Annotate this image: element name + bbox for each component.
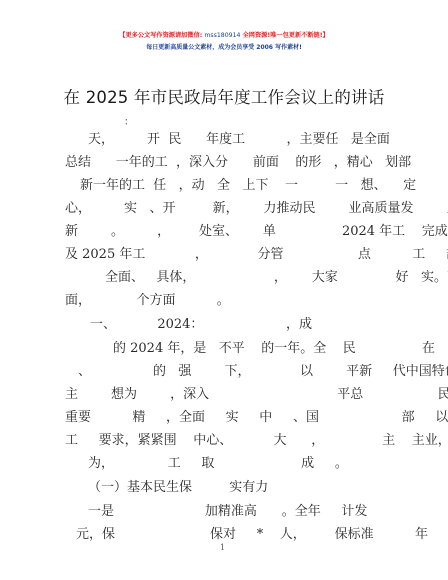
- body-text-line: 元，保 保对 * 人， 保标准 年 高*；特: [76, 526, 448, 544]
- body-text-line: （一）基本民生保 实有力: [88, 479, 268, 497]
- speaker-line: ：: [124, 113, 134, 128]
- body-text-line: 全面、 具体， ， 大家 好 实。下: [105, 269, 448, 287]
- body-text-line: 及 2025 年工 ， 分管 点 工 部 ，: [65, 246, 448, 264]
- body-text-line: 总结 一年的工 ，深入分 前面 的形 ，精心 划部: [65, 154, 411, 172]
- body-text-line: 为， 工 取 成 。: [88, 455, 348, 473]
- promo-banner-suffix: 全网资源!唯一包更新不断链!】: [240, 32, 328, 39]
- promo-banner-line-1: 【更多公文写作资源请加微信: mss180914 全网资源!唯一包更新不断链!】: [0, 30, 448, 39]
- body-text-line: 天， 开 民 年度工 ，主要任 是全面: [88, 131, 390, 149]
- promo-banner-line-2: 每日更新高质量公文素材，成为会员享受 2006 写作素材!: [0, 42, 448, 51]
- page-number: 1: [220, 543, 225, 552]
- body-text-line: 心， 实 、开 新， 力推动民 业高质量发 上: [65, 200, 448, 218]
- body-text-line: 新一年的工 任 ，动 全 上下 一 一 想、 定: [80, 177, 416, 195]
- body-text-line: 重要 精 ，全面 实 中 、国 部 以及 、: [65, 409, 448, 427]
- document-page: 【更多公文写作资源请加微信: mss180914 全网资源!唯一包更新不断链!】…: [0, 0, 448, 580]
- body-text-line: 面， 个方面 。: [65, 292, 230, 310]
- body-text-line: 、 的 强 下， 以 平新 代中国特色: [78, 363, 448, 381]
- document-title: 在 2025 年市民政局年度工作会议上的讲话: [0, 84, 448, 108]
- body-text-line: 新 。 ， 处室、 单 2024 年工 完成: [65, 223, 448, 241]
- body-text-line: 的 2024 年，是 不平 的一年。全 民 在: [113, 340, 435, 358]
- body-text-line: 一、 2024： ，成: [90, 316, 312, 334]
- body-text-line: 主 想为 ，深入 平总 民 工 的: [65, 386, 448, 404]
- body-text-line: 工 要求，紧紧围 中心、 大 ， 主 主业，积: [65, 432, 448, 450]
- wechat-id: mss180914: [204, 32, 240, 39]
- body-text-line: 一是 加精准高 。全年 计发 保 *: [88, 503, 448, 521]
- promo-banner-prefix: 【更多公文写作资源请加微信:: [119, 32, 204, 39]
